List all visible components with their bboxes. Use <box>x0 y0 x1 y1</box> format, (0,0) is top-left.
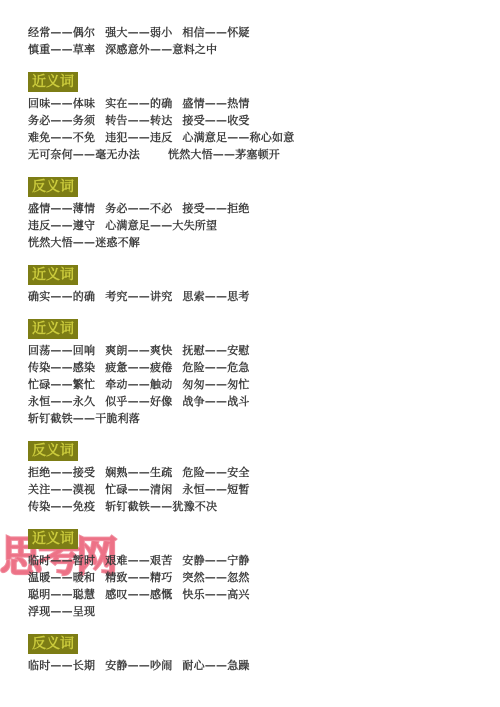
word-pair: 似乎——好像 <box>105 393 172 410</box>
word-pair: 斩钉截铁——犹豫不决 <box>105 498 217 515</box>
section-label: 近义词 <box>28 529 78 549</box>
word-pair: 接受——收受 <box>182 112 249 129</box>
word-line: 回荡——回响爽朗——爽快抚慰——安慰 <box>28 342 486 359</box>
section-header: 反义词 <box>28 176 486 197</box>
word-pair: 考究——讲究 <box>105 288 172 305</box>
word-line: 关注——漠视忙碌——清闲永恒——短暂 <box>28 481 486 498</box>
word-pair: 危险——危急 <box>182 359 249 376</box>
word-pair: 感叹——感慨 <box>105 586 172 603</box>
word-pair: 牵动——触动 <box>105 376 172 393</box>
word-pair: 传染——感染 <box>28 359 95 376</box>
word-pair: 忙碌——繁忙 <box>28 376 95 393</box>
word-pair: 安静——吵闹 <box>105 657 172 674</box>
word-pair: 无可奈何——毫无办法 <box>28 146 140 163</box>
word-pair: 思索——思考 <box>182 288 249 305</box>
word-line: 务必——务须转告——转达接受——收受 <box>28 112 486 129</box>
word-pair: 传染——免疫 <box>28 498 95 515</box>
section-label: 近义词 <box>28 319 78 339</box>
word-pair: 经常——偶尔 <box>28 24 95 41</box>
word-pair: 温暖——暖和 <box>28 569 95 586</box>
word-pair: 回味——体味 <box>28 95 95 112</box>
section-header: 近义词 <box>28 528 486 549</box>
word-pair: 娴熟——生疏 <box>105 464 172 481</box>
word-pair: 心满意足——称心如意 <box>182 129 294 146</box>
word-line: 确实——的确考究——讲究思索——思考 <box>28 288 486 305</box>
word-pair: 精致——精巧 <box>105 569 172 586</box>
word-line: 永恒——永久似乎——好像战争——战斗 <box>28 393 486 410</box>
word-pair: 恍然大悟——迷惑不解 <box>28 234 140 251</box>
word-pair: 忙碌——清闲 <box>105 481 172 498</box>
word-pair: 聪明——聪慧 <box>28 586 95 603</box>
word-pair: 务必——不必 <box>105 200 172 217</box>
word-pair: 实在——的确 <box>105 95 172 112</box>
word-line: 聪明——聪慧感叹——感慨快乐——高兴 <box>28 586 486 603</box>
word-line: 浮现——呈现 <box>28 603 486 620</box>
word-pair: 拒绝——接受 <box>28 464 95 481</box>
word-line: 回味——体味实在——的确盛情——热情 <box>28 95 486 112</box>
word-pair: 心满意足——大失所望 <box>105 217 217 234</box>
word-line: 慎重——草率深感意外——意料之中 <box>28 41 486 58</box>
word-pair: 耐心——急躁 <box>182 657 249 674</box>
word-pair: 违反——遵守 <box>28 217 95 234</box>
word-pair: 难免——不免 <box>28 129 95 146</box>
word-pair: 危险——安全 <box>182 464 249 481</box>
word-line: 温暖——暖和精致——精巧突然——忽然 <box>28 569 486 586</box>
word-pair: 深感意外——意料之中 <box>105 41 217 58</box>
word-list: 经常——偶尔强大——弱小相信——怀疑慎重——草率深感意外——意料之中近义词回味—… <box>28 24 486 674</box>
word-pair: 相信——怀疑 <box>182 24 249 41</box>
word-pair: 盛情——薄情 <box>28 200 95 217</box>
word-pair: 快乐——高兴 <box>182 586 249 603</box>
section-label: 反义词 <box>28 177 78 197</box>
word-line: 经常——偶尔强大——弱小相信——怀疑 <box>28 24 486 41</box>
word-pair: 浮现——呈现 <box>28 603 95 620</box>
word-pair: 慎重——草率 <box>28 41 95 58</box>
word-line: 临时——暂时艰难——艰苦安静——宁静 <box>28 552 486 569</box>
word-pair: 强大——弱小 <box>105 24 172 41</box>
section-header: 近义词 <box>28 318 486 339</box>
word-line: 恍然大悟——迷惑不解 <box>28 234 486 251</box>
word-line: 盛情——薄情务必——不必接受——拒绝 <box>28 200 486 217</box>
word-pair: 永恒——永久 <box>28 393 95 410</box>
word-pair: 永恒——短暂 <box>182 481 249 498</box>
section-header: 近义词 <box>28 71 486 92</box>
word-pair: 转告——转达 <box>105 112 172 129</box>
word-pair: 战争——战斗 <box>182 393 249 410</box>
section-header: 近义词 <box>28 264 486 285</box>
section-label: 反义词 <box>28 634 78 654</box>
word-pair: 关注——漠视 <box>28 481 95 498</box>
word-pair: 临时——长期 <box>28 657 95 674</box>
word-pair: 爽朗——爽快 <box>105 342 172 359</box>
word-line: 无可奈何——毫无办法恍然大悟——茅塞顿开 <box>28 146 486 163</box>
word-list-document: 经常——偶尔强大——弱小相信——怀疑慎重——草率深感意外——意料之中近义词回味—… <box>0 0 500 674</box>
word-line: 斩钉截铁——干脆利落 <box>28 410 486 427</box>
word-pair: 务必——务须 <box>28 112 95 129</box>
word-line: 违反——遵守心满意足——大失所望 <box>28 217 486 234</box>
word-pair: 临时——暂时 <box>28 552 95 569</box>
word-pair: 安静——宁静 <box>182 552 249 569</box>
section-label: 反义词 <box>28 441 78 461</box>
word-line: 难免——不免违犯——违反心满意足——称心如意 <box>28 129 486 146</box>
word-pair: 疲惫——疲倦 <box>105 359 172 376</box>
word-pair: 确实——的确 <box>28 288 95 305</box>
section-label: 近义词 <box>28 265 78 285</box>
word-pair: 回荡——回响 <box>28 342 95 359</box>
section-header: 反义词 <box>28 633 486 654</box>
word-pair: 突然——忽然 <box>182 569 249 586</box>
word-pair: 恍然大悟——茅塞顿开 <box>168 146 280 163</box>
word-pair: 盛情——热情 <box>182 95 249 112</box>
word-pair: 违犯——违反 <box>105 129 172 146</box>
word-line: 临时——长期安静——吵闹耐心——急躁 <box>28 657 486 674</box>
word-line: 传染——免疫斩钉截铁——犹豫不决 <box>28 498 486 515</box>
word-pair: 抚慰——安慰 <box>182 342 249 359</box>
word-line: 传染——感染疲惫——疲倦危险——危急 <box>28 359 486 376</box>
word-pair: 斩钉截铁——干脆利落 <box>28 410 140 427</box>
section-header: 反义词 <box>28 440 486 461</box>
word-pair: 艰难——艰苦 <box>105 552 172 569</box>
word-pair: 匆匆——匆忙 <box>182 376 249 393</box>
word-line: 忙碌——繁忙牵动——触动匆匆——匆忙 <box>28 376 486 393</box>
word-line: 拒绝——接受娴熟——生疏危险——安全 <box>28 464 486 481</box>
word-pair: 接受——拒绝 <box>182 200 249 217</box>
section-label: 近义词 <box>28 72 78 92</box>
